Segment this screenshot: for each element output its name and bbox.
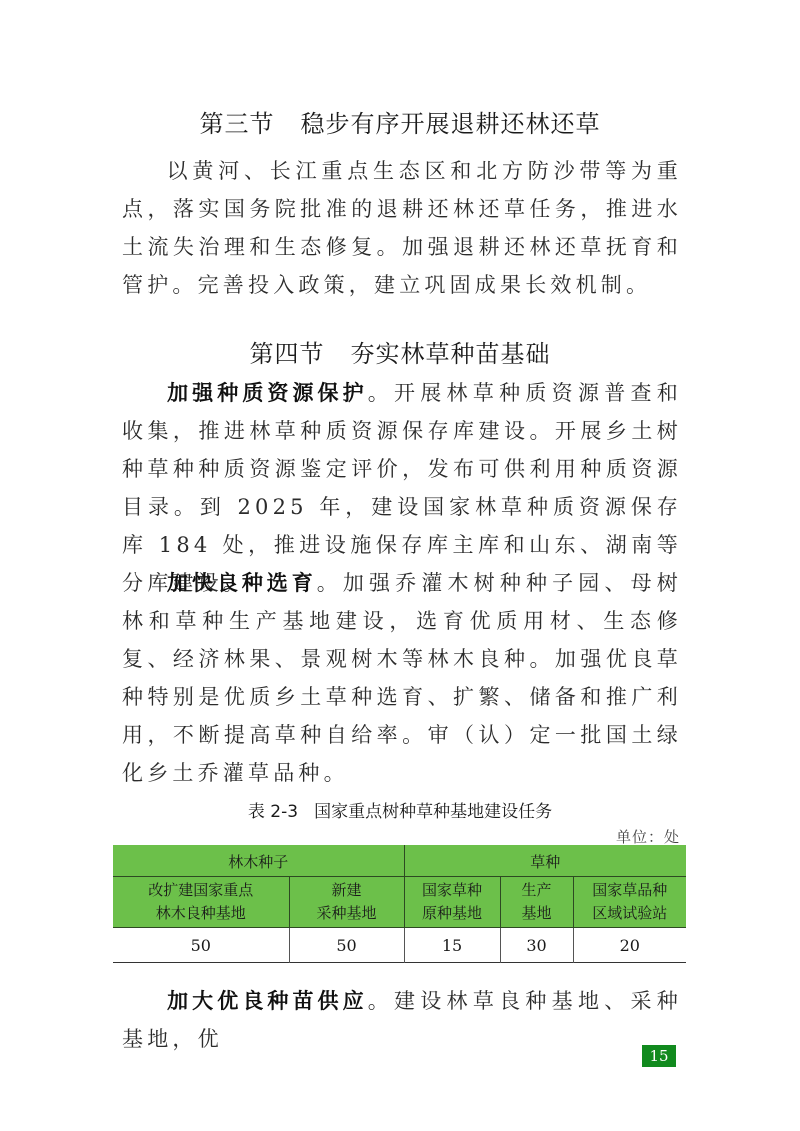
- paragraph-text: 。加强乔灌木树种种子园、母树林和草种生产基地建设，选育优质用材、生态修复、经济林…: [122, 571, 682, 785]
- section-4-number: 第四节: [250, 340, 325, 368]
- column-header: 改扩建国家重点林木良种基地: [113, 877, 289, 928]
- paragraph-seedling-supply: 加大优良种苗供应。建设林草良种基地、采种基地，优: [122, 982, 682, 1058]
- section-3-number: 第三节: [200, 110, 275, 138]
- group-header-tree-seeds: 林木种子: [113, 846, 404, 877]
- table-unit: 单位：处: [560, 826, 680, 847]
- table-cell: 50: [113, 928, 289, 963]
- page-number-badge: 15: [642, 1045, 676, 1067]
- table-title: 国家重点树种草种基地建设任务: [314, 802, 552, 822]
- table-group-header-row: 林木种子 草种: [113, 846, 686, 877]
- column-header: 生产基地: [500, 877, 573, 928]
- section-4-title: 夯实林草种苗基础: [351, 340, 551, 368]
- table-caption: 表 2-3国家重点树种草种基地建设任务: [0, 797, 800, 822]
- column-header: 国家草种原种基地: [404, 877, 500, 928]
- table-cell: 20: [573, 928, 686, 963]
- paragraph-text: 。开展林草种质资源普查和收集，推进林草种质资源保存库建设。开展乡土树种草种种质资…: [122, 381, 682, 595]
- paragraph-lead: 加大优良种苗供应: [166, 988, 368, 1013]
- section-3-paragraph: 以黄河、长江重点生态区和北方防沙带等为重点，落实国务院批准的退耕还林还草任务，推…: [122, 152, 682, 304]
- column-header: 新建采种基地: [289, 877, 404, 928]
- section-3-paragraph-text: 以黄河、长江重点生态区和北方防沙带等为重点，落实国务院批准的退耕还林还草任务，推…: [122, 159, 682, 297]
- section-3-heading: 第三节稳步有序开展退耕还林还草: [0, 104, 800, 139]
- table-row: 50 50 15 30 20: [113, 928, 686, 963]
- column-header: 国家草品种区域试验站: [573, 877, 686, 928]
- base-construction-table: 林木种子 草种 改扩建国家重点林木良种基地 新建采种基地 国家草种原种基地 生产…: [113, 845, 686, 963]
- table-number: 表 2-3: [248, 802, 298, 822]
- table-cell: 50: [289, 928, 404, 963]
- document-page: 第三节稳步有序开展退耕还林还草 以黄河、长江重点生态区和北方防沙带等为重点，落实…: [0, 0, 800, 1131]
- section-4-heading: 第四节夯实林草种苗基础: [0, 334, 800, 369]
- group-header-grass-seeds: 草种: [404, 846, 686, 877]
- paragraph-lead: 加强种质资源保护: [166, 380, 368, 405]
- paragraph-lead: 加快良种选育: [166, 570, 317, 595]
- section-3-title: 稳步有序开展退耕还林还草: [301, 110, 601, 138]
- paragraph-breeding: 加快良种选育。加强乔灌木树种种子园、母树林和草种生产基地建设，选育优质用材、生态…: [122, 564, 682, 792]
- table-cell: 15: [404, 928, 500, 963]
- table-cell: 30: [500, 928, 573, 963]
- table-column-header-row: 改扩建国家重点林木良种基地 新建采种基地 国家草种原种基地 生产基地 国家草品种…: [113, 877, 686, 928]
